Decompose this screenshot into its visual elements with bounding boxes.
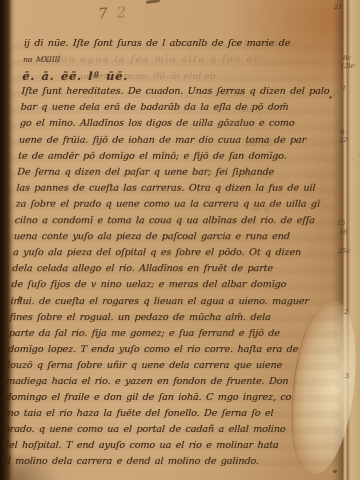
manuscript-line: fines ſobre el rogual. un pedazo de mūch… — [9, 310, 330, 326]
margin-note: 12le· — [340, 62, 357, 71]
manuscript-line: dela celada allego el rio. Alladīnos en … — [12, 261, 333, 277]
manuscript-line: parte da ſal rio. fija me gomez; e ſua f… — [8, 326, 329, 342]
manuscript-line: ē. ā. ēē. lª ūē. — [22, 68, 343, 84]
margin-note: 3 — [345, 372, 349, 380]
folio-digit: 7 — [97, 4, 110, 23]
manuscript-line: inlui. de cueſta el rogares q lieuan el … — [10, 294, 331, 310]
manuscript-line: za ſobre el prado q uene como ua la carr… — [15, 197, 336, 213]
margin-note: t — [343, 84, 346, 92]
manuscript-line: mo taia el rio haza la fuēte del fonello… — [4, 406, 325, 422]
pencil-tick — [146, 0, 160, 4]
margin-note: 22· — [339, 136, 350, 144]
manuscript-line: na MXIIII — [23, 52, 344, 68]
manuscript-line: domīgo lopez. T enda yuſo como el rio co… — [8, 342, 329, 358]
manuscript-line: a yuſo ala pieza del oſpital q es ſobre … — [13, 245, 334, 261]
folio-digit-faint: 2 — [116, 3, 129, 22]
margin-note: 25c — [338, 247, 350, 255]
folio-number: 72 — [97, 3, 128, 23]
margin-note: · — [351, 156, 353, 164]
manuscript-photo: 72 la ſerna de q ſon agua la ſea mīa alt… — [0, 0, 360, 480]
manuscript-line: De ſerna q dizen del paſar q uene bar; ſ… — [17, 165, 338, 181]
manuscript-line: louzō q ſerna ſobre uñir q uene dela car… — [7, 358, 328, 374]
manuscript-line: ij di nūe. Iſte ſont ſuras de l abcanlb … — [24, 36, 345, 52]
manuscript-line: prado. q uene como ua el portal de cadañ… — [3, 422, 324, 438]
margin-note: 8c — [343, 54, 351, 62]
ink-speck — [18, 296, 22, 302]
manuscript-line: Iſte ſunt hereditates. De cuadon. Unas ſ… — [21, 84, 342, 100]
margin-note: 15 — [337, 219, 346, 227]
manuscript-line: bar q uene dela erā de badarāb da la eſl… — [20, 100, 341, 116]
manuscript-line: madiega hacia el rio. e yazen en fondon … — [6, 374, 327, 390]
manuscript-line: cilno a condomī e toma la coua q ua albī… — [14, 213, 335, 229]
manuscript-line: uena conte yuſo ala pieza de paſcoal gar… — [13, 229, 334, 245]
margin-note: 16 — [339, 228, 348, 236]
margin-note: 2 — [344, 308, 348, 316]
manuscript-line: al molino dela carrera e dend al molino … — [2, 454, 323, 470]
manuscript-text-block: ij di nūe. Iſte ſont ſuras de l abcanlb … — [2, 36, 345, 471]
manuscript-line: del hoſpital. T end ayuſo como ua el rio… — [2, 438, 323, 454]
manuscript-line: domingo el fraile e don gil de ſan iohā.… — [5, 390, 326, 406]
manuscript-line: de ſuſo fijos de v nino uelaz; e meras d… — [11, 277, 332, 293]
ink-speck — [329, 96, 332, 99]
margin-note: S· — [340, 128, 347, 136]
margin-note: 21 — [334, 3, 343, 11]
ink-speck — [333, 470, 337, 473]
manuscript-line: te de amdēr pō domīgo el mīnō; e fijō de… — [18, 149, 339, 165]
manuscript-line: las pannes de cueſta las carreras. Otra … — [16, 181, 337, 197]
manuscript-line: go el mīno. Alladīnos los digos de uilla… — [19, 116, 340, 132]
manuscript-line: uene de frūia. fijō de iohan de mar dio … — [18, 133, 339, 149]
